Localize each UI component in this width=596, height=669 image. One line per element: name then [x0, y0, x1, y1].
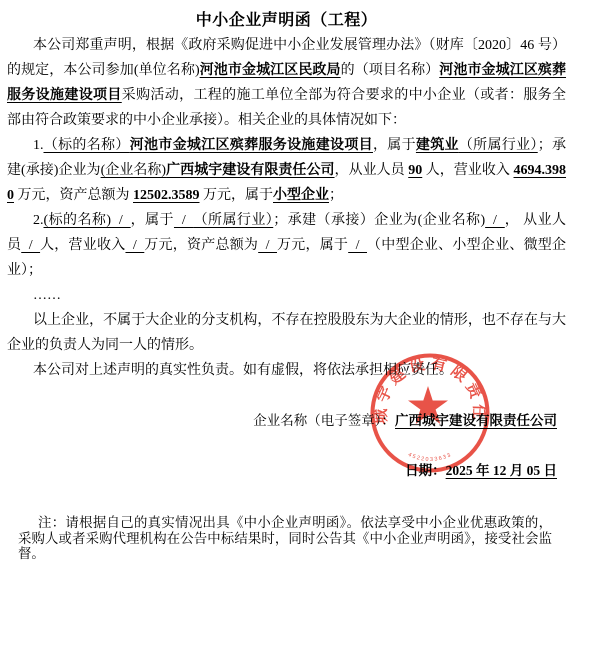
- text-segment: (企业名称): [101, 163, 167, 178]
- text-segment: （所属行业）: [459, 138, 538, 153]
- note-paragraph: 注：请根据自己的真实情况出具《中小企业声明函》。依法享受中小企业优惠政策的，采购…: [18, 515, 552, 562]
- text-segment: 1.: [33, 138, 44, 153]
- text-segment: 90: [408, 163, 422, 178]
- text-segment: /: [485, 213, 505, 228]
- text-segment: 广西城宇建设有限责任公司: [166, 163, 334, 178]
- text-segment: 人，营业收入: [40, 238, 125, 253]
- text-segment: 河池市金城江区殡葬服务设施建设项目: [130, 138, 373, 153]
- declaration-item-2: 2.(标的名称) / ，属于 / （所属行业）；承建（承接）企业为(企业名称) …: [7, 208, 566, 283]
- date-label: 日期：: [405, 463, 446, 478]
- text-segment: 小型企业: [273, 188, 329, 203]
- text-segment: (标的名称): [44, 213, 112, 228]
- text-segment: ，属于: [131, 213, 174, 228]
- text-segment: /: [111, 213, 131, 228]
- ellipsis-line: ……: [7, 283, 566, 308]
- text-segment: 河池市金城江区民政局: [200, 63, 341, 78]
- signature-label: 企业名称（电子签章）：: [253, 413, 395, 428]
- text-segment: /: [348, 238, 367, 253]
- text-segment: /: [21, 238, 40, 253]
- date-value: 2025 年 12 月 05 日: [446, 463, 557, 478]
- text-segment: 的（项目名称）: [341, 63, 440, 78]
- document-title: 中小企业声明函（工程）: [7, 8, 566, 33]
- document-content: 中小企业声明函（工程） 本公司郑重声明，根据《政府采购促进中小企业发展管理办法》…: [7, 8, 566, 562]
- declaration-document-page: 中小企业声明函（工程） 本公司郑重声明，根据《政府采购促进中小企业发展管理办法》…: [0, 0, 596, 669]
- declaration-item-1: 1.（标的名称）河池市金城江区殡葬服务设施建设项目，属于建筑业（所属行业）；承建…: [7, 133, 566, 208]
- no-large-enterprise-paragraph: 以上企业，不属于大企业的分支机构，不存在控股股东为大企业的情形，也不存在与大企业…: [7, 308, 566, 358]
- text-segment: /: [258, 238, 277, 253]
- text-segment: 建筑业: [416, 138, 459, 153]
- text-segment: （所属行业）: [194, 213, 274, 228]
- text-segment: 万元，资产总额为: [144, 238, 258, 253]
- text-segment: /: [174, 213, 194, 228]
- text-segment: 万元，资产总额为: [14, 188, 133, 203]
- signature-company-name: 广西城宇建设有限责任公司: [395, 413, 557, 428]
- text-segment: 12502.3589: [133, 188, 200, 203]
- text-segment: ；: [329, 188, 343, 203]
- text-segment: ，属于: [373, 138, 416, 153]
- text-segment: 万元，属于: [200, 188, 274, 203]
- responsibility-paragraph: 本公司对上述声明的真实性负责。如有虚假，将依法承担相应责任。: [7, 358, 566, 383]
- text-segment: ，从业人员: [335, 163, 409, 178]
- text-segment: 2.: [33, 213, 44, 228]
- intro-paragraph: 本公司郑重声明，根据《政府采购促进中小企业发展管理办法》（财库〔2020〕46 …: [7, 33, 566, 133]
- text-segment: 人，营业收入: [422, 163, 513, 178]
- text-segment: （标的名称）: [44, 138, 130, 153]
- text-segment: 万元，属于: [277, 238, 348, 253]
- text-segment: ；承建（承接）企业为(企业名称): [273, 213, 485, 228]
- text-segment: /: [125, 238, 144, 253]
- signature-line: 企业名称（电子签章）：广西城宇建设有限责任公司: [7, 408, 557, 433]
- date-line: 日期：2025 年 12 月 05 日: [7, 458, 557, 483]
